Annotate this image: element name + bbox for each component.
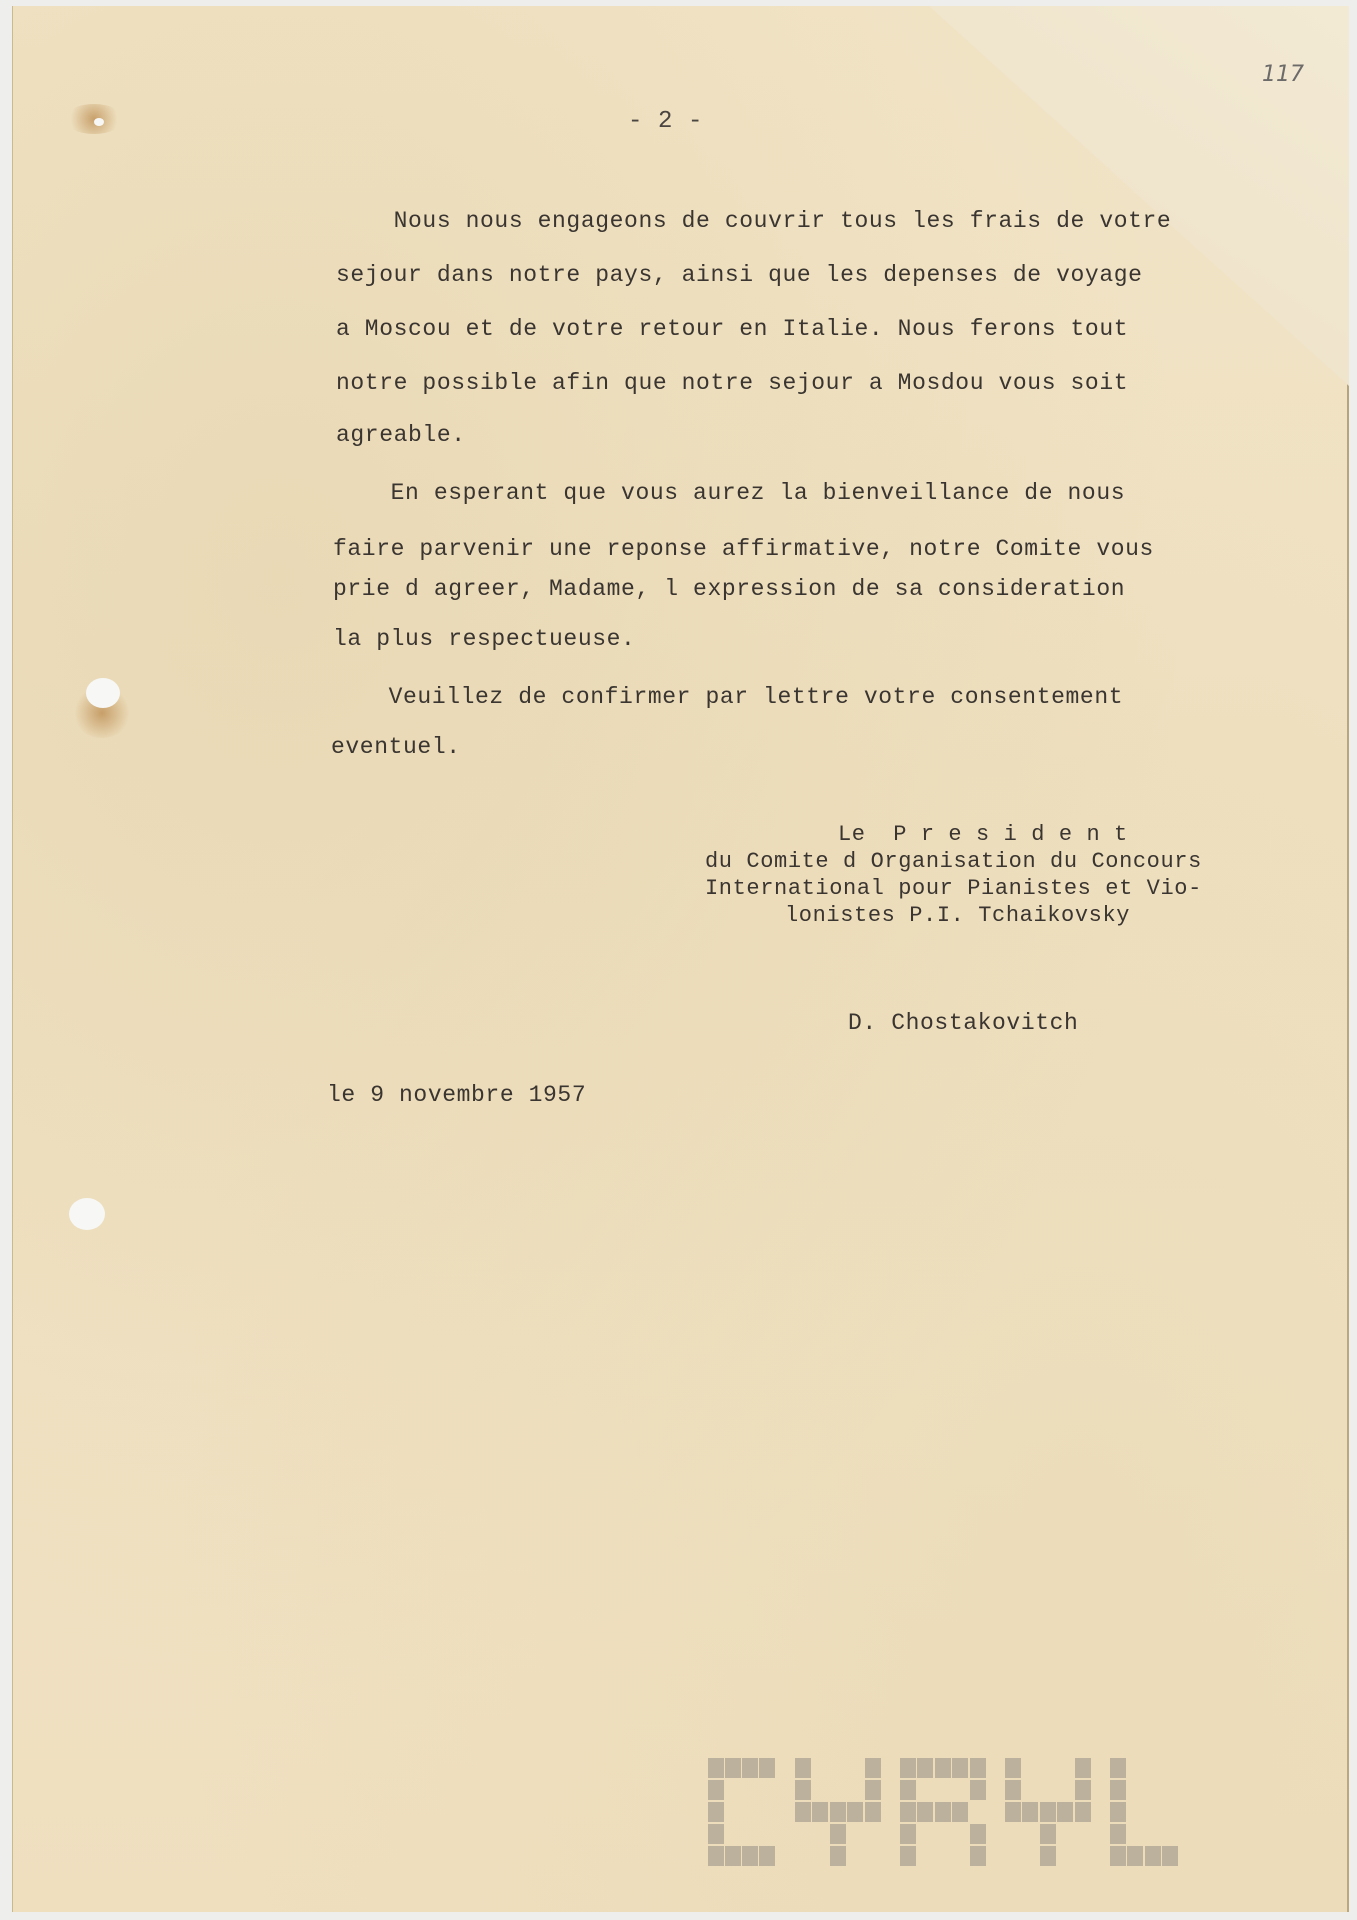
text-line: prie d agreer, Madame, l expression de s…	[333, 576, 1125, 602]
signatory-name: D. Chostakovitch	[848, 1010, 1078, 1036]
punch-hole	[86, 678, 120, 708]
punch-hole	[69, 1198, 105, 1230]
letter-page: 117	[12, 6, 1349, 1912]
signature-line: International pour Pianistes et Vio-	[705, 876, 1202, 901]
letter-date: le 9 novembre 1957	[327, 1082, 586, 1108]
page-number: - 2 -	[628, 108, 703, 135]
text-line: faire parvenir une reponse affirmative, …	[333, 536, 1154, 562]
text-line: sejour dans notre pays, ainsi que les de…	[336, 262, 1143, 288]
signature-line: du Comite d Organisation du Concours	[705, 849, 1202, 874]
text-line: notre possible afin que notre sejour a M…	[336, 370, 1128, 396]
text-line: agreable.	[336, 422, 466, 448]
folio-number: 117	[1262, 62, 1304, 87]
text-line: a Moscou et de votre retour en Italie. N…	[336, 316, 1128, 342]
text-line: la plus respectueuse.	[333, 626, 635, 652]
signature-title: Le P r e s i d e n t	[838, 822, 1128, 847]
staple-hole	[94, 118, 104, 126]
text-line: En esperant que vous aurez la bienveilla…	[333, 480, 1125, 506]
text-line: Veuillez de confirmer par lettre votre c…	[331, 684, 1123, 710]
signature-line: lonistes P.I. Tchaikovsky	[785, 903, 1130, 928]
text-line: eventuel.	[331, 734, 461, 760]
text-line: Nous nous engageons de couvrir tous les …	[336, 208, 1171, 234]
